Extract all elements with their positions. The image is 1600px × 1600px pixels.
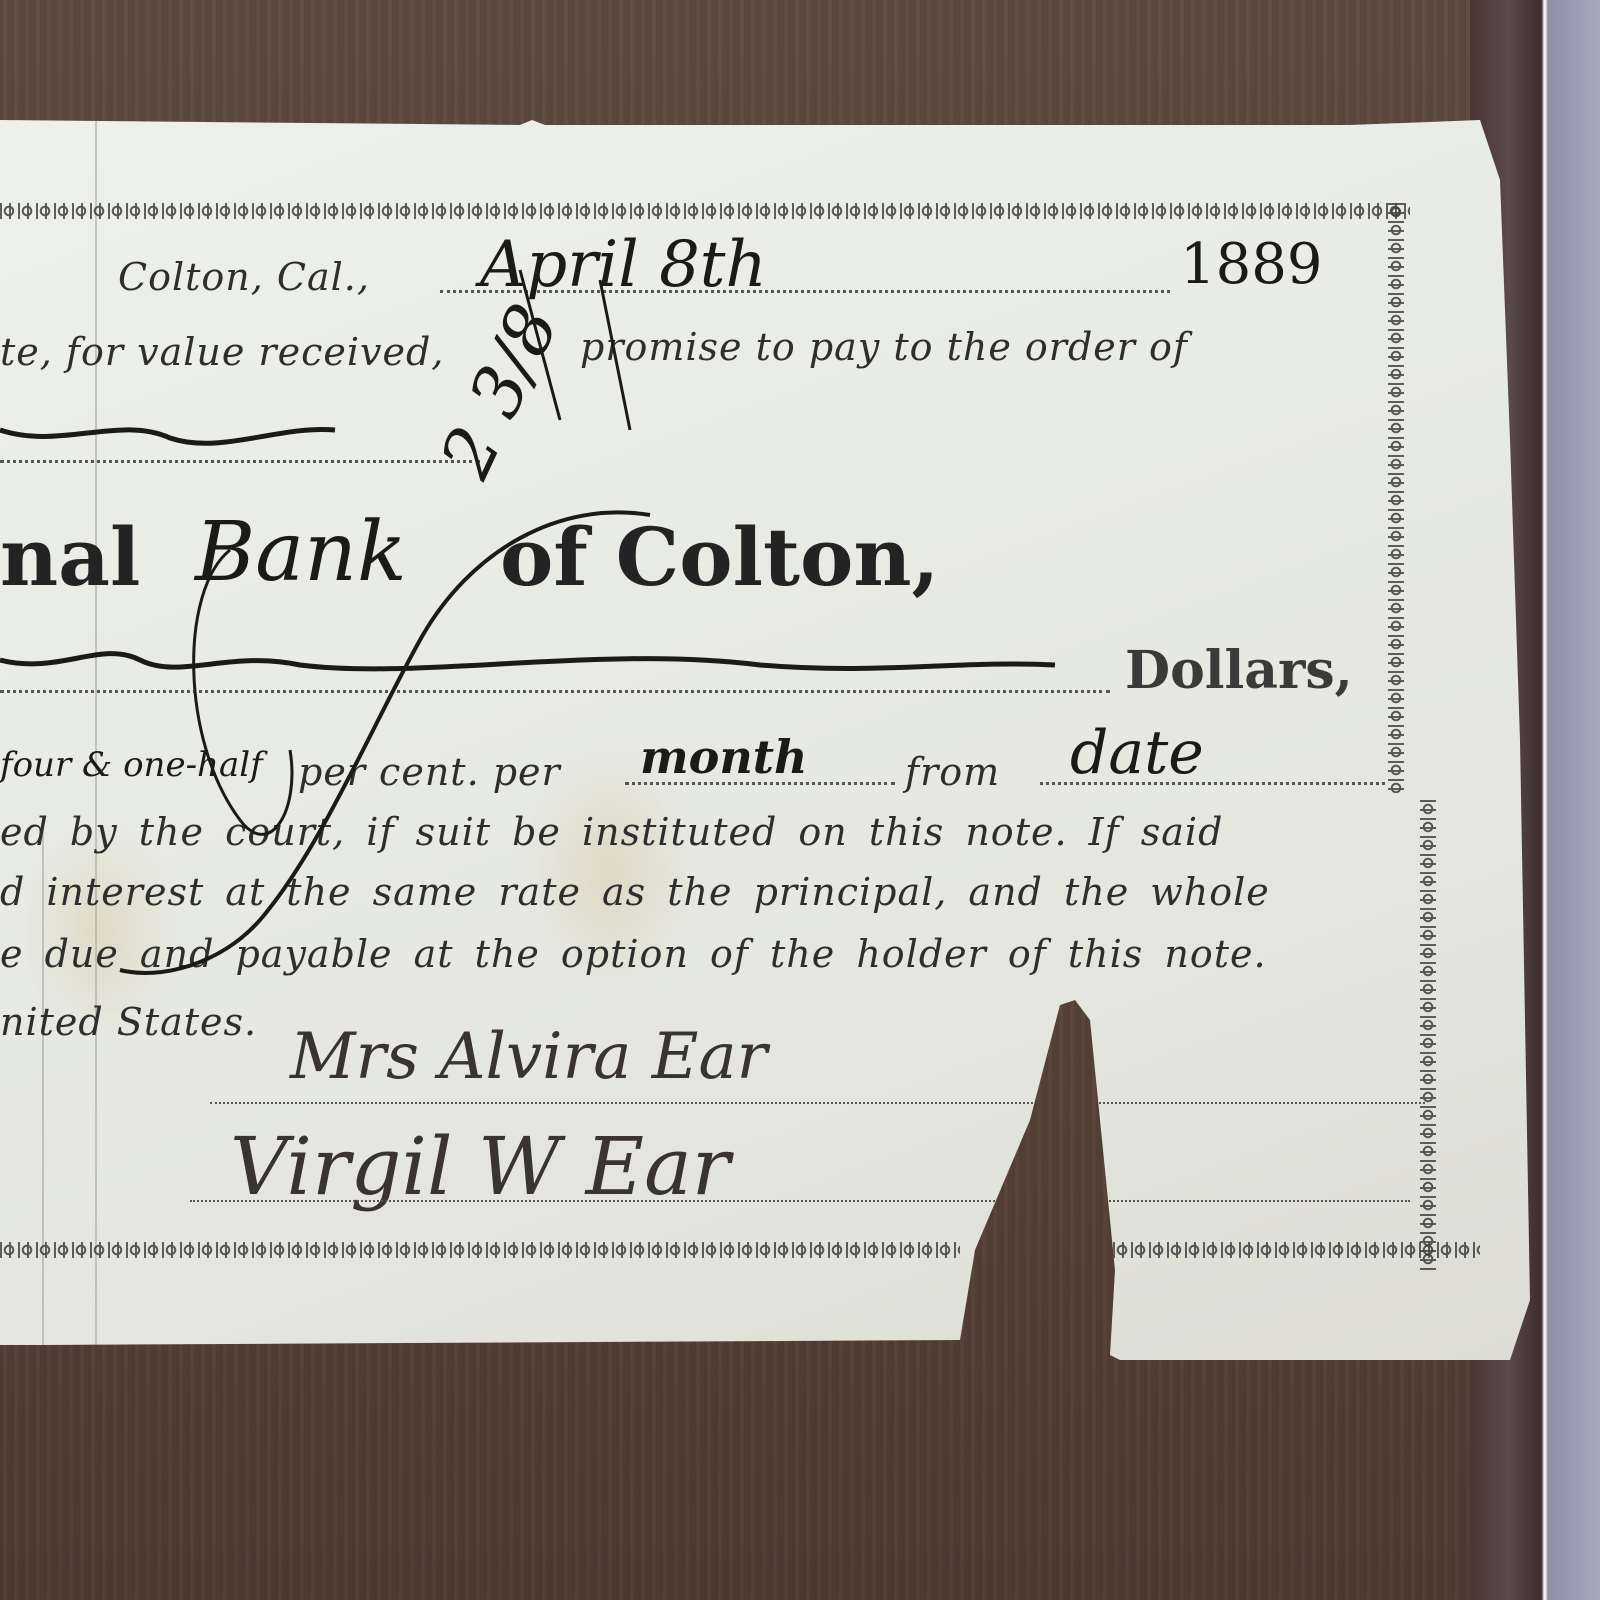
- place-label: Colton, Cal.,: [118, 255, 370, 299]
- clause-line-3: e due and payable at the option of the h…: [0, 932, 1267, 976]
- signature-1: Mrs Alvira Ear: [290, 1020, 767, 1094]
- fold-line: [95, 120, 97, 1365]
- clause-line-2: d interest at the same rate as the princ…: [0, 870, 1270, 914]
- amount-line: [0, 690, 1110, 693]
- signature-line-1: [210, 1102, 1425, 1104]
- bank-name-colton: of Colton,: [500, 510, 939, 604]
- interest-period-handwritten: month: [640, 730, 808, 784]
- year: 1889: [1180, 232, 1323, 297]
- decorative-border-bottom-right: [1095, 1242, 1480, 1258]
- dollars-label: Dollars,: [1125, 640, 1353, 701]
- annotation-numeral: 2 3/8: [425, 292, 575, 489]
- date-handwritten: April 8th: [480, 228, 767, 302]
- decorative-border-top: [0, 203, 1410, 219]
- decorative-border-bottom-left: [0, 1242, 960, 1258]
- printed-text-promise: promise to pay to the order of: [580, 325, 1188, 369]
- bank-handwritten: Bank: [195, 505, 407, 600]
- clause-line-1: ed by the court, if suit be instituted o…: [0, 810, 1223, 854]
- from-label: from: [905, 750, 1000, 794]
- decorative-border-right-lower: [1420, 800, 1436, 1270]
- bank-name-fragment: nal: [0, 510, 140, 604]
- signature-line-2: [190, 1200, 1410, 1202]
- interest-printed: per cent. per: [298, 750, 561, 794]
- clause-line-4: nited States.: [0, 1000, 257, 1044]
- payee-line: [0, 460, 480, 463]
- interest-rate-handwritten: four & one-half: [0, 745, 263, 785]
- decorative-border-right-upper: [1388, 203, 1404, 793]
- promissory-note: Colton, Cal., April 8th 1889 te, for val…: [0, 120, 1535, 1365]
- printed-text-value-received: te, for value received,: [0, 330, 444, 374]
- from-date-handwritten: date: [1070, 718, 1204, 788]
